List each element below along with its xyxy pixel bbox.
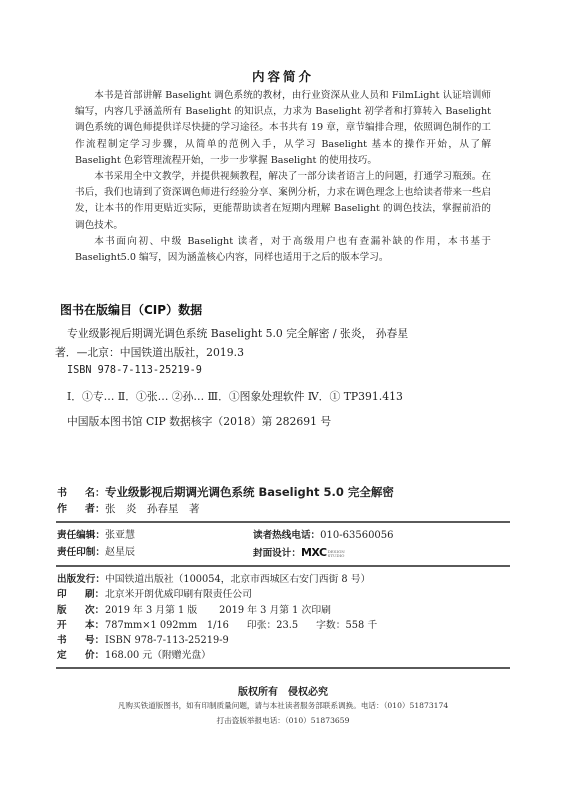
cip-title-line: 专业级影视后期调光调色系统 Baselight 5.0 完全解密 / 张炎， 孙… xyxy=(55,324,455,343)
price: 168.00 元（附赠光盘） xyxy=(105,650,211,661)
publication-block: 出版发行：中国铁道出版社（100054，北京市西城区右安门西街 8 号） 印刷：… xyxy=(57,572,377,664)
author-label: 作者： xyxy=(57,501,105,518)
editor-label: 责任编辑： xyxy=(57,530,105,541)
summary-paragraph: 本书是首部讲解 Baselight 调色系统的教材，由行业资深从业人员和 Fil… xyxy=(75,88,491,169)
impression: 2019 年 3 月第 1 次印刷 xyxy=(219,605,331,616)
edition: 2019 年 3 月第 1 版 xyxy=(105,605,197,616)
summary-body: 本书是首部讲解 Baselight 调色系统的教材，由行业资深从业人员和 Fil… xyxy=(75,88,491,266)
authors: 张 炎 孙春星 著 xyxy=(105,503,200,515)
price-row: 定价：168.00 元（附赠光盘） xyxy=(57,648,377,663)
format-row: 开本：787mm×1 092mm 1/16印张：23.5字数：558 千 xyxy=(57,618,377,633)
summary-paragraph: 本书采用全中文教学，并提供视频教程，解决了一部分读者语言上的问题，打通学习瓶颈。… xyxy=(75,169,491,234)
book-name: 专业级影视后期调光调色系统 Baselight 5.0 完全解密 xyxy=(105,485,394,499)
author-row: 作者：张 炎 孙春星 著 xyxy=(57,501,394,518)
printing-manager: 赵星辰 xyxy=(105,547,135,558)
isbn-label: 书号： xyxy=(57,633,105,648)
word-count: 字数：558 千 xyxy=(316,620,377,631)
publisher: 中国铁道出版社（100054，北京市西城区右安门西街 8 号） xyxy=(105,574,370,585)
book-info: 书名：专业级影视后期调光调色系统 Baselight 5.0 完全解密 作者：张… xyxy=(57,484,394,518)
cip-block: 专业级影视后期调光调色系统 Baselight 5.0 完全解密 / 张炎， 孙… xyxy=(55,324,455,431)
format: 787mm×1 092mm 1/16 xyxy=(105,620,229,631)
edition-label: 版次： xyxy=(57,603,105,618)
rights-service-line: 凡购买铁道版图书，如有印制质量问题，请与本社读者服务部联系调换。电话：（010）… xyxy=(0,700,566,711)
staff-block: 责任编辑：张亚慧 读者热线电话：010-63560056 责任印制：赵星辰 封面… xyxy=(57,527,517,561)
sheets: 印张：23.5 xyxy=(247,620,298,631)
rights-title: 版权所有 侵权必究 xyxy=(0,683,566,698)
mxc-logo: MXC xyxy=(301,546,327,559)
publisher-label: 出版发行： xyxy=(57,572,105,587)
printing-label: 责任印制： xyxy=(57,547,105,558)
price-label: 定价： xyxy=(57,648,105,663)
book-name-label: 书名： xyxy=(57,485,105,502)
publisher-row: 出版发行：中国铁道出版社（100054，北京市西城区右安门西街 8 号） xyxy=(57,572,377,587)
hotline: 010-63560056 xyxy=(320,530,393,541)
isbn: ISBN 978-7-113-25219-9 xyxy=(105,635,229,646)
format-label: 开本： xyxy=(57,618,105,633)
edition-row: 版次：2019 年 3 月第 1 版2019 年 3 月第 1 次印刷 xyxy=(57,603,377,618)
summary-title: 内容简介 xyxy=(0,67,566,85)
divider xyxy=(56,667,510,669)
cip-record: 中国版本图书馆 CIP 数据核字（2018）第 282691 号 xyxy=(55,412,455,431)
summary-paragraph: 本书面向初、中级 Baselight 读者，对于高级用户也有查漏补缺的作用，本书… xyxy=(75,234,491,266)
printer: 北京米开朗优威印刷有限责任公司 xyxy=(105,589,252,600)
staff-row: 责任印制：赵星辰 封面设计：MXCDESIGN STUDIO xyxy=(57,544,517,561)
cip-publisher-line: 著．—北京：中国铁道出版社，2019.3 xyxy=(55,343,455,362)
isbn-row: 书号：ISBN 978-7-113-25219-9 xyxy=(57,633,377,648)
cip-title: 图书在版编目（CIP）数据 xyxy=(60,301,202,318)
hotline-label: 读者热线电话： xyxy=(253,530,320,541)
staff-row: 责任编辑：张亚慧 读者热线电话：010-63560056 xyxy=(57,527,517,544)
divider xyxy=(56,565,510,567)
cip-isbn: ISBN 978-7-113-25219-9 xyxy=(55,362,455,379)
editor: 张亚慧 xyxy=(105,530,135,541)
printer-label: 印刷： xyxy=(57,587,105,602)
mxc-logo-subtext: DESIGN STUDIO xyxy=(328,550,342,558)
printer-row: 印刷：北京米开朗优威印刷有限责任公司 xyxy=(57,587,377,602)
rights-piracy-line: 打击盗版举报电话：（010）51873659 xyxy=(0,715,566,726)
book-name-row: 书名：专业级影视后期调光调色系统 Baselight 5.0 完全解密 xyxy=(57,484,394,501)
cover-label: 封面设计： xyxy=(253,548,301,559)
cip-classification: Ⅰ．①专… Ⅱ．①张… ②孙… Ⅲ．①图象处理软件 Ⅳ．① TP391.413 xyxy=(55,387,455,406)
divider xyxy=(56,521,510,523)
